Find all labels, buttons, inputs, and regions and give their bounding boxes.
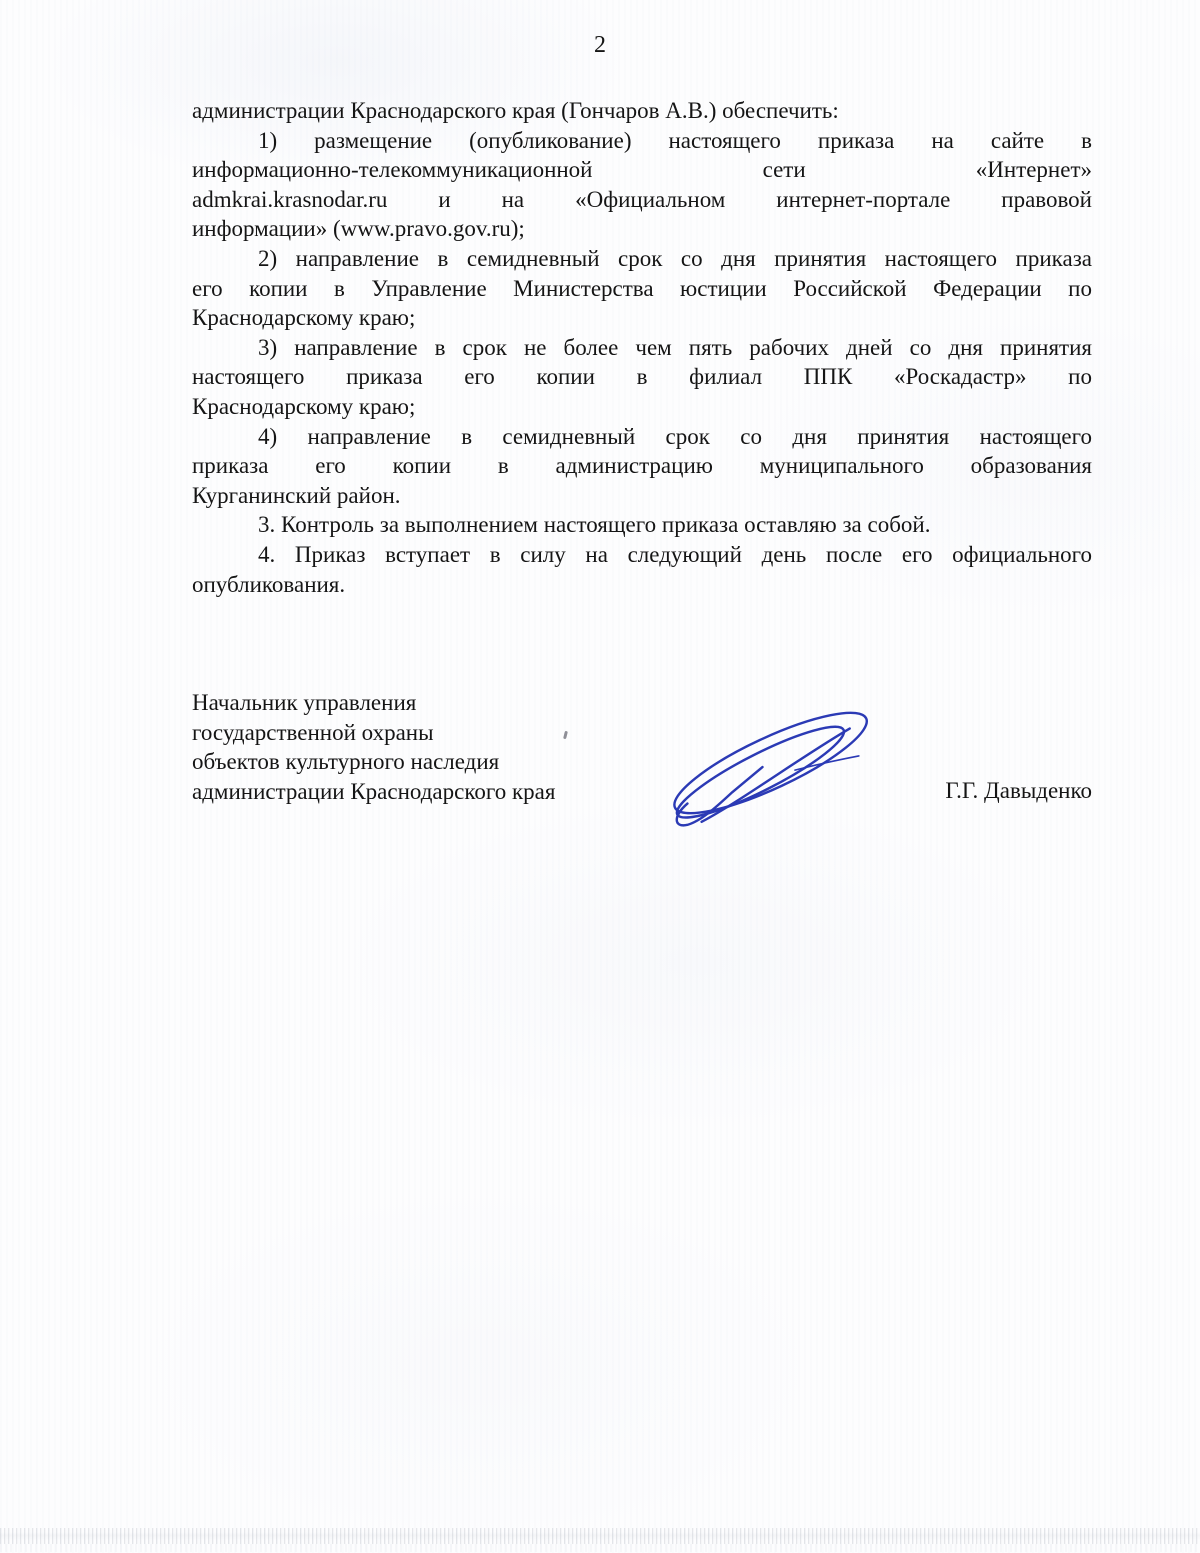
signature-title-line: государственной охраны bbox=[192, 718, 555, 748]
signature-block: Начальник управлениягосударственной охра… bbox=[192, 688, 1092, 848]
signature-title-line: администрации Краснодарского края bbox=[192, 777, 555, 807]
text-line: 1) размещение (опубликование) настоящего… bbox=[192, 126, 1092, 156]
text-line: информационно-телекоммуникационной сети … bbox=[192, 155, 1092, 185]
signature-strokes bbox=[664, 695, 877, 830]
signature-title-line: объектов культурного наследия bbox=[192, 747, 555, 777]
text-line: опубликования. bbox=[192, 570, 1092, 600]
text-line: его копии в Управление Министерства юсти… bbox=[192, 274, 1092, 304]
text-line: администрации Краснодарского края (Гонча… bbox=[192, 96, 1092, 126]
text-line: 2) направление в семидневный срок со дня… bbox=[192, 244, 1092, 274]
text-line: admkrai.krasnodar.ru и на «Официальном и… bbox=[192, 185, 1092, 215]
text-line: настоящего приказа его копии в филиал ПП… bbox=[192, 362, 1092, 392]
signature-title-line: Начальник управления bbox=[192, 688, 555, 718]
document-body: администрации Краснодарского края (Гонча… bbox=[192, 96, 1092, 599]
text-line: приказа его копии в администрацию муници… bbox=[192, 451, 1092, 481]
signature-ink bbox=[642, 692, 887, 834]
scan-artifact-band bbox=[0, 1528, 1200, 1544]
text-line: 3) направление в срок не более чем пять … bbox=[192, 333, 1092, 363]
text-line: Курганинский район. bbox=[192, 481, 1092, 511]
text-line: 4) направление в семидневный срок со дня… bbox=[192, 422, 1092, 452]
text-line: Краснодарскому краю; bbox=[192, 392, 1092, 422]
text-line: Краснодарскому краю; bbox=[192, 303, 1092, 333]
page-number: 2 bbox=[0, 30, 1200, 60]
signatory-name: Г.Г. Давыденко bbox=[945, 776, 1092, 806]
text-line: 3. Контроль за выполнением настоящего пр… bbox=[192, 510, 1092, 540]
text-line: информации» (www.pravo.gov.ru); bbox=[192, 214, 1092, 244]
document-page: 2 администрации Краснодарского края (Гон… bbox=[0, 0, 1200, 1553]
text-line: 4. Приказ вступает в силу на следующий д… bbox=[192, 540, 1092, 570]
signature-title: Начальник управлениягосударственной охра… bbox=[192, 688, 555, 806]
